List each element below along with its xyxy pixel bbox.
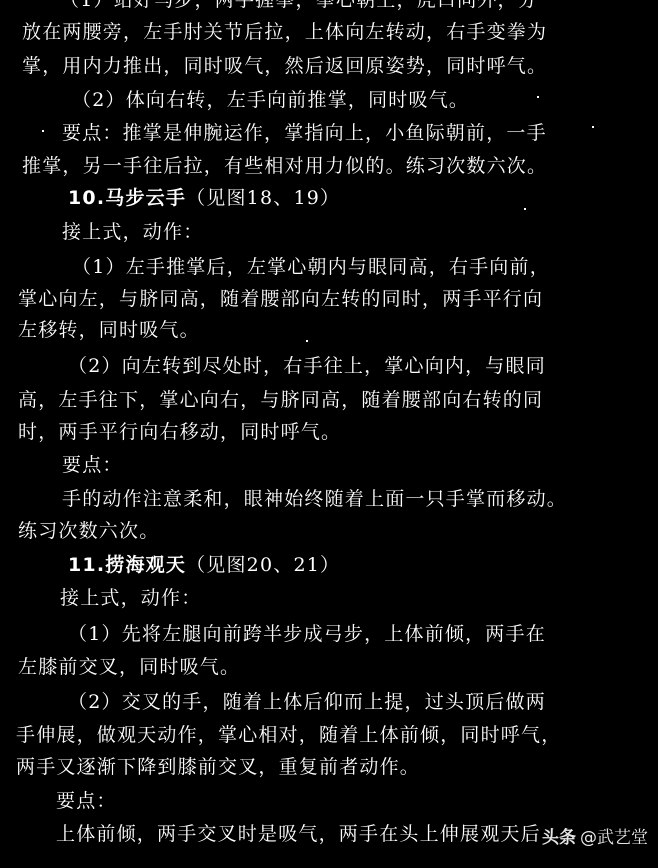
scan-speck [42, 130, 44, 132]
text-line: （2）向左转到尽处时，右手往上，掌心向内，与眼同 [68, 354, 546, 378]
text-line: 两手又逐渐下降到膝前交叉，重复前者动作。 [16, 755, 420, 779]
text-line: 左移转，同时吸气。 [18, 318, 200, 342]
text-line: 时，两手平行向右移动，同时呼气。 [18, 420, 341, 444]
figure-reference: （见图18、19） [186, 187, 340, 209]
text-line: 手伸展，做观天动作，掌心相对，随着上体前倾，同时呼气， [16, 723, 561, 747]
text-line: （1）站好马步，两手握拳，拳心朝上，虎口向外，分 [60, 0, 538, 12]
watermark-handle: @武艺堂 [580, 828, 648, 848]
toutiao-logo-icon: 头条 [542, 828, 576, 848]
section-heading: 11.捞海观天（见图20、21） [68, 553, 340, 577]
text-line: 高，左手往下，掌心向右，与脐同高，随着腰部向右转的同 [18, 388, 543, 412]
text-line: （1）左手推掌后，左掌心朝内与眼同高，右手向前， [72, 255, 550, 279]
text-line: 接上式，动作： [60, 586, 201, 610]
text-line: 要点： [62, 453, 123, 477]
text-line: 推掌，另一手往后拉，有些相对用力似的。练习次数六次。 [22, 154, 547, 178]
text-line: 要点：推掌是伸腕运作，掌指向上，小鱼际朝前，一手 [62, 121, 547, 145]
section-heading: 10.马步云手（见图18、19） [68, 186, 340, 210]
text-line: （1）先将左腿向前跨半步成弓步，上体前倾，两手在 [68, 622, 546, 646]
scan-speck [524, 208, 526, 210]
section-title: 捞海观天 [105, 554, 186, 576]
text-line: 掌心向左，与脐同高，随着腰部向左转的同时，两手平行向 [18, 287, 543, 311]
section-title: 马步云手 [105, 187, 186, 209]
scan-speck [592, 126, 594, 128]
watermark: 头条@武艺堂 [542, 823, 648, 848]
text-line: （2）体向右转，左手向前推掌，同时吸气。 [72, 88, 469, 112]
text-line: 掌，用内力推出，同时吸气，然后返回原姿势，同时呼气。 [22, 54, 547, 78]
text-line: 接上式，动作： [62, 220, 203, 244]
section-number: 11. [68, 554, 105, 576]
text-line: 放在两腰旁，左手肘关节后拉，上体向左转动，右手变拳为 [22, 20, 547, 44]
text-line: （2）交叉的手，随着上体后仰而上提，过头顶后做两 [68, 690, 546, 714]
text-line: 左膝前交叉，同时吸气。 [18, 655, 240, 679]
text-line: 要点： [56, 789, 117, 813]
section-number: 10. [68, 187, 105, 209]
figure-reference: （见图20、21） [186, 554, 340, 576]
scan-speck [306, 340, 308, 342]
scan-speck [537, 96, 539, 98]
text-line: 手的动作注意柔和，眼神始终随着上面一只手掌而移动。 [62, 487, 567, 511]
text-line: 练习次数六次。 [18, 519, 159, 543]
text-line: 上体前倾，两手交叉时是吸气，两手在头上伸展观天后 [56, 822, 541, 846]
